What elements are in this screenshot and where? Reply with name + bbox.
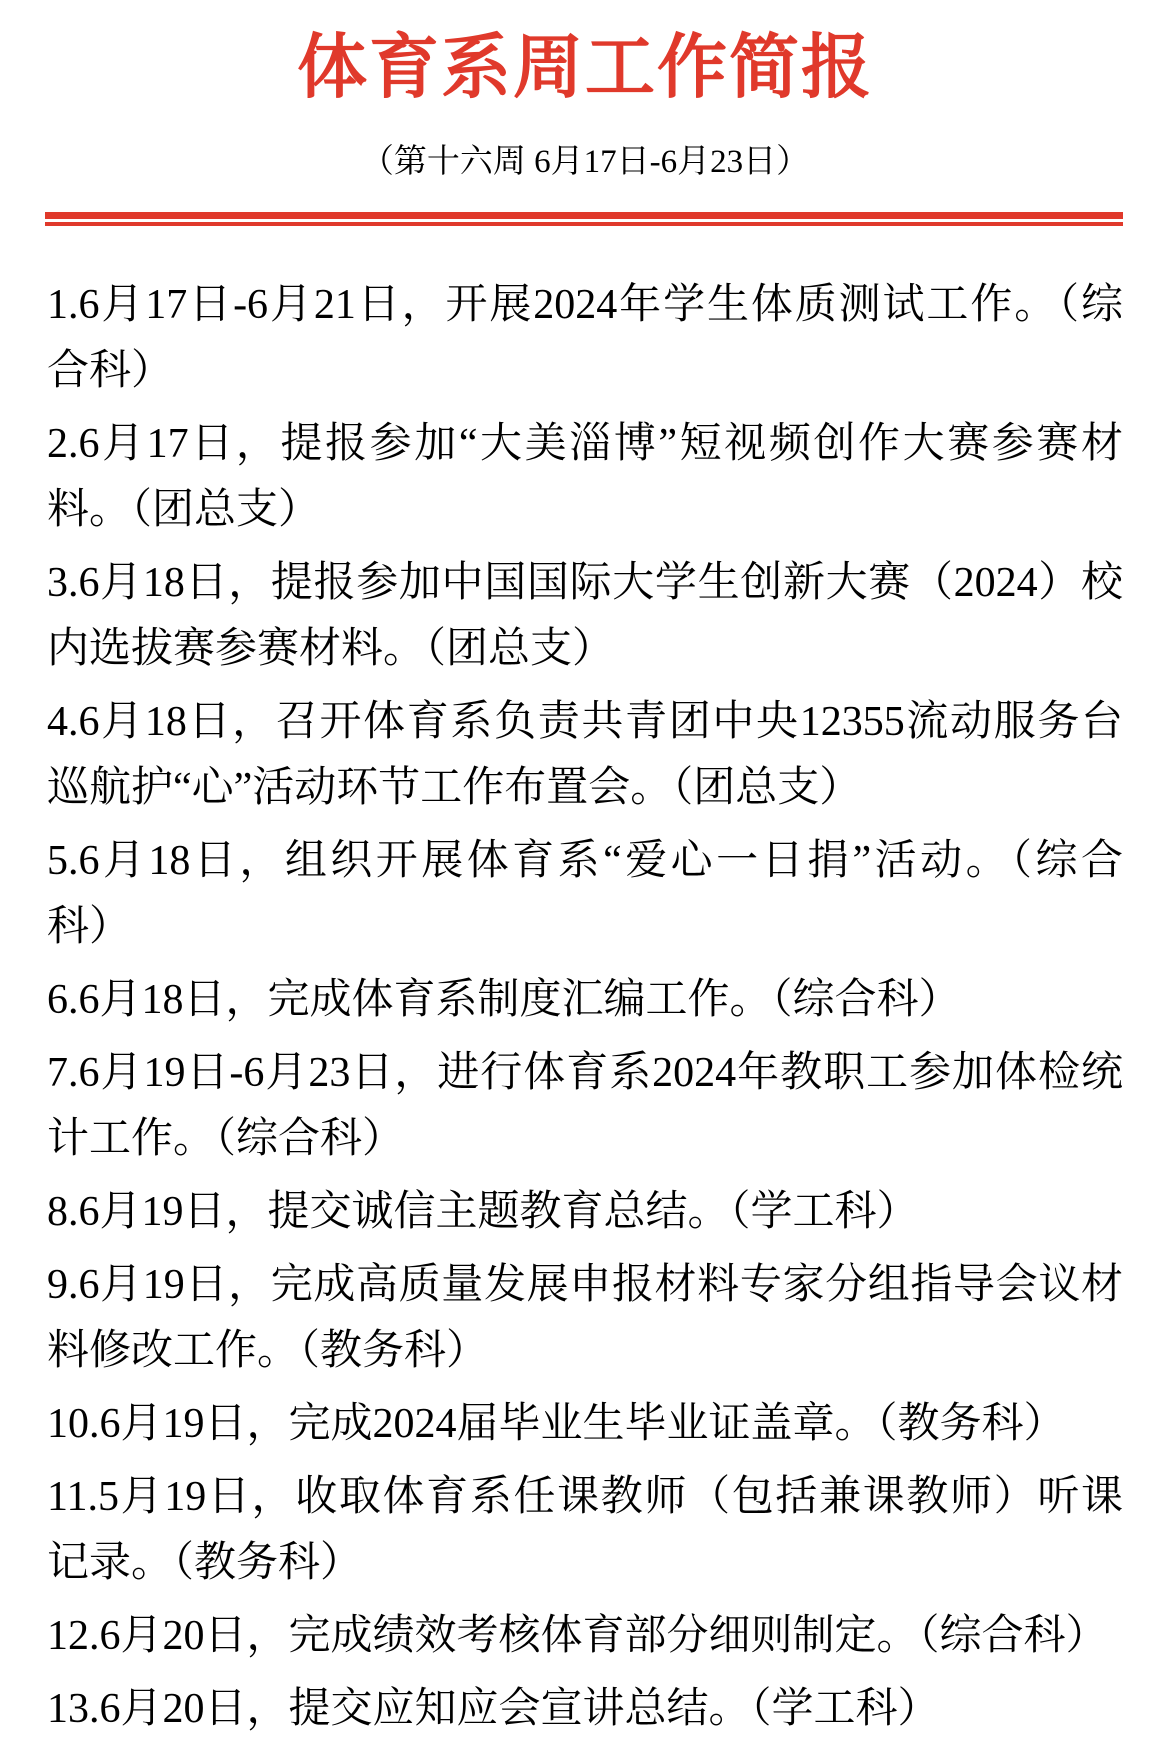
page-title: 体育系周工作简报 <box>0 26 1170 112</box>
report-body: 1.6月17日-6月21日，开展2024年学生体质测试工作。（综合科）2.6月1… <box>0 272 1170 1742</box>
report-item: 7.6月19日-6月23日，进行体育系2024年教职工参加体检统计工作。（综合科… <box>47 1040 1123 1172</box>
report-item: 2.6月17日，提报参加“大美淄博”短视频创作大赛参赛材料。（团总支） <box>47 411 1123 543</box>
report-item-line: 12.6月20日，完成绩效考核体育部分细则制定。（综合科） <box>47 1603 1123 1669</box>
report-item: 6.6月18日，完成体育系制度汇编工作。（综合科） <box>47 967 1123 1033</box>
report-item-line: 1.6月17日-6月21日，开展2024年学生体质测试工作。（综 <box>47 272 1123 338</box>
report-item-line: 11.5月19日，收取体育系任课教师（包括兼课教师）听课 <box>47 1464 1123 1530</box>
briefing-page: 体育系周工作简报 （第十六周 6月17日-6月23日） 1.6月17日-6月21… <box>0 0 1170 1745</box>
report-item-line: 6.6月18日，完成体育系制度汇编工作。（综合科） <box>47 967 1123 1033</box>
report-item: 13.6月20日，提交应知应会宣讲总结。（学工科） <box>47 1676 1123 1742</box>
report-item-line: 合科） <box>47 338 1123 404</box>
report-item: 3.6月18日，提报参加中国国际大学生创新大赛（2024）校内选拔赛参赛材料。（… <box>47 550 1123 682</box>
report-item-line: 7.6月19日-6月23日，进行体育系2024年教职工参加体检统 <box>47 1040 1123 1106</box>
report-item-line: 内选拔赛参赛材料。（团总支） <box>47 616 1123 682</box>
report-item-line: 科） <box>47 894 1123 960</box>
report-item-line: 13.6月20日，提交应知应会宣讲总结。（学工科） <box>47 1676 1123 1742</box>
report-item: 11.5月19日，收取体育系任课教师（包括兼课教师）听课记录。（教务科） <box>47 1464 1123 1596</box>
double-rule-thin-bar <box>45 222 1123 226</box>
report-item-line: 料。（团总支） <box>47 477 1123 543</box>
report-item-line: 记录。（教务科） <box>47 1530 1123 1596</box>
report-item-line: 8.6月19日，提交诚信主题教育总结。（学工科） <box>47 1179 1123 1245</box>
double-rule-thick-bar <box>45 212 1123 219</box>
report-item-line: 5.6月18日，组织开展体育系“爱心一日捐”活动。（综合 <box>47 828 1123 894</box>
page-subtitle: （第十六周 6月17日-6月23日） <box>0 142 1170 182</box>
report-item-line: 10.6月19日，完成2024届毕业生毕业证盖章。（教务科） <box>47 1391 1123 1457</box>
report-item-line: 2.6月17日，提报参加“大美淄博”短视频创作大赛参赛材 <box>47 411 1123 477</box>
report-item-line: 9.6月19日，完成高质量发展申报材料专家分组指导会议材 <box>47 1252 1123 1318</box>
report-item-line: 4.6月18日，召开体育系负责共青团中央12355流动服务台 <box>47 689 1123 755</box>
report-item: 10.6月19日，完成2024届毕业生毕业证盖章。（教务科） <box>47 1391 1123 1457</box>
report-item-line: 料修改工作。（教务科） <box>47 1318 1123 1384</box>
report-item-line: 计工作。（综合科） <box>47 1106 1123 1172</box>
report-item-line: 3.6月18日，提报参加中国国际大学生创新大赛（2024）校 <box>47 550 1123 616</box>
report-item: 5.6月18日，组织开展体育系“爱心一日捐”活动。（综合科） <box>47 828 1123 960</box>
report-item-line: 巡航护“心”活动环节工作布置会。（团总支） <box>47 755 1123 821</box>
report-item: 4.6月18日，召开体育系负责共青团中央12355流动服务台巡航护“心”活动环节… <box>47 689 1123 821</box>
report-item: 9.6月19日，完成高质量发展申报材料专家分组指导会议材料修改工作。（教务科） <box>47 1252 1123 1384</box>
report-item: 12.6月20日，完成绩效考核体育部分细则制定。（综合科） <box>47 1603 1123 1669</box>
report-item: 8.6月19日，提交诚信主题教育总结。（学工科） <box>47 1179 1123 1245</box>
report-item: 1.6月17日-6月21日，开展2024年学生体质测试工作。（综合科） <box>47 272 1123 404</box>
double-rule <box>45 212 1123 226</box>
